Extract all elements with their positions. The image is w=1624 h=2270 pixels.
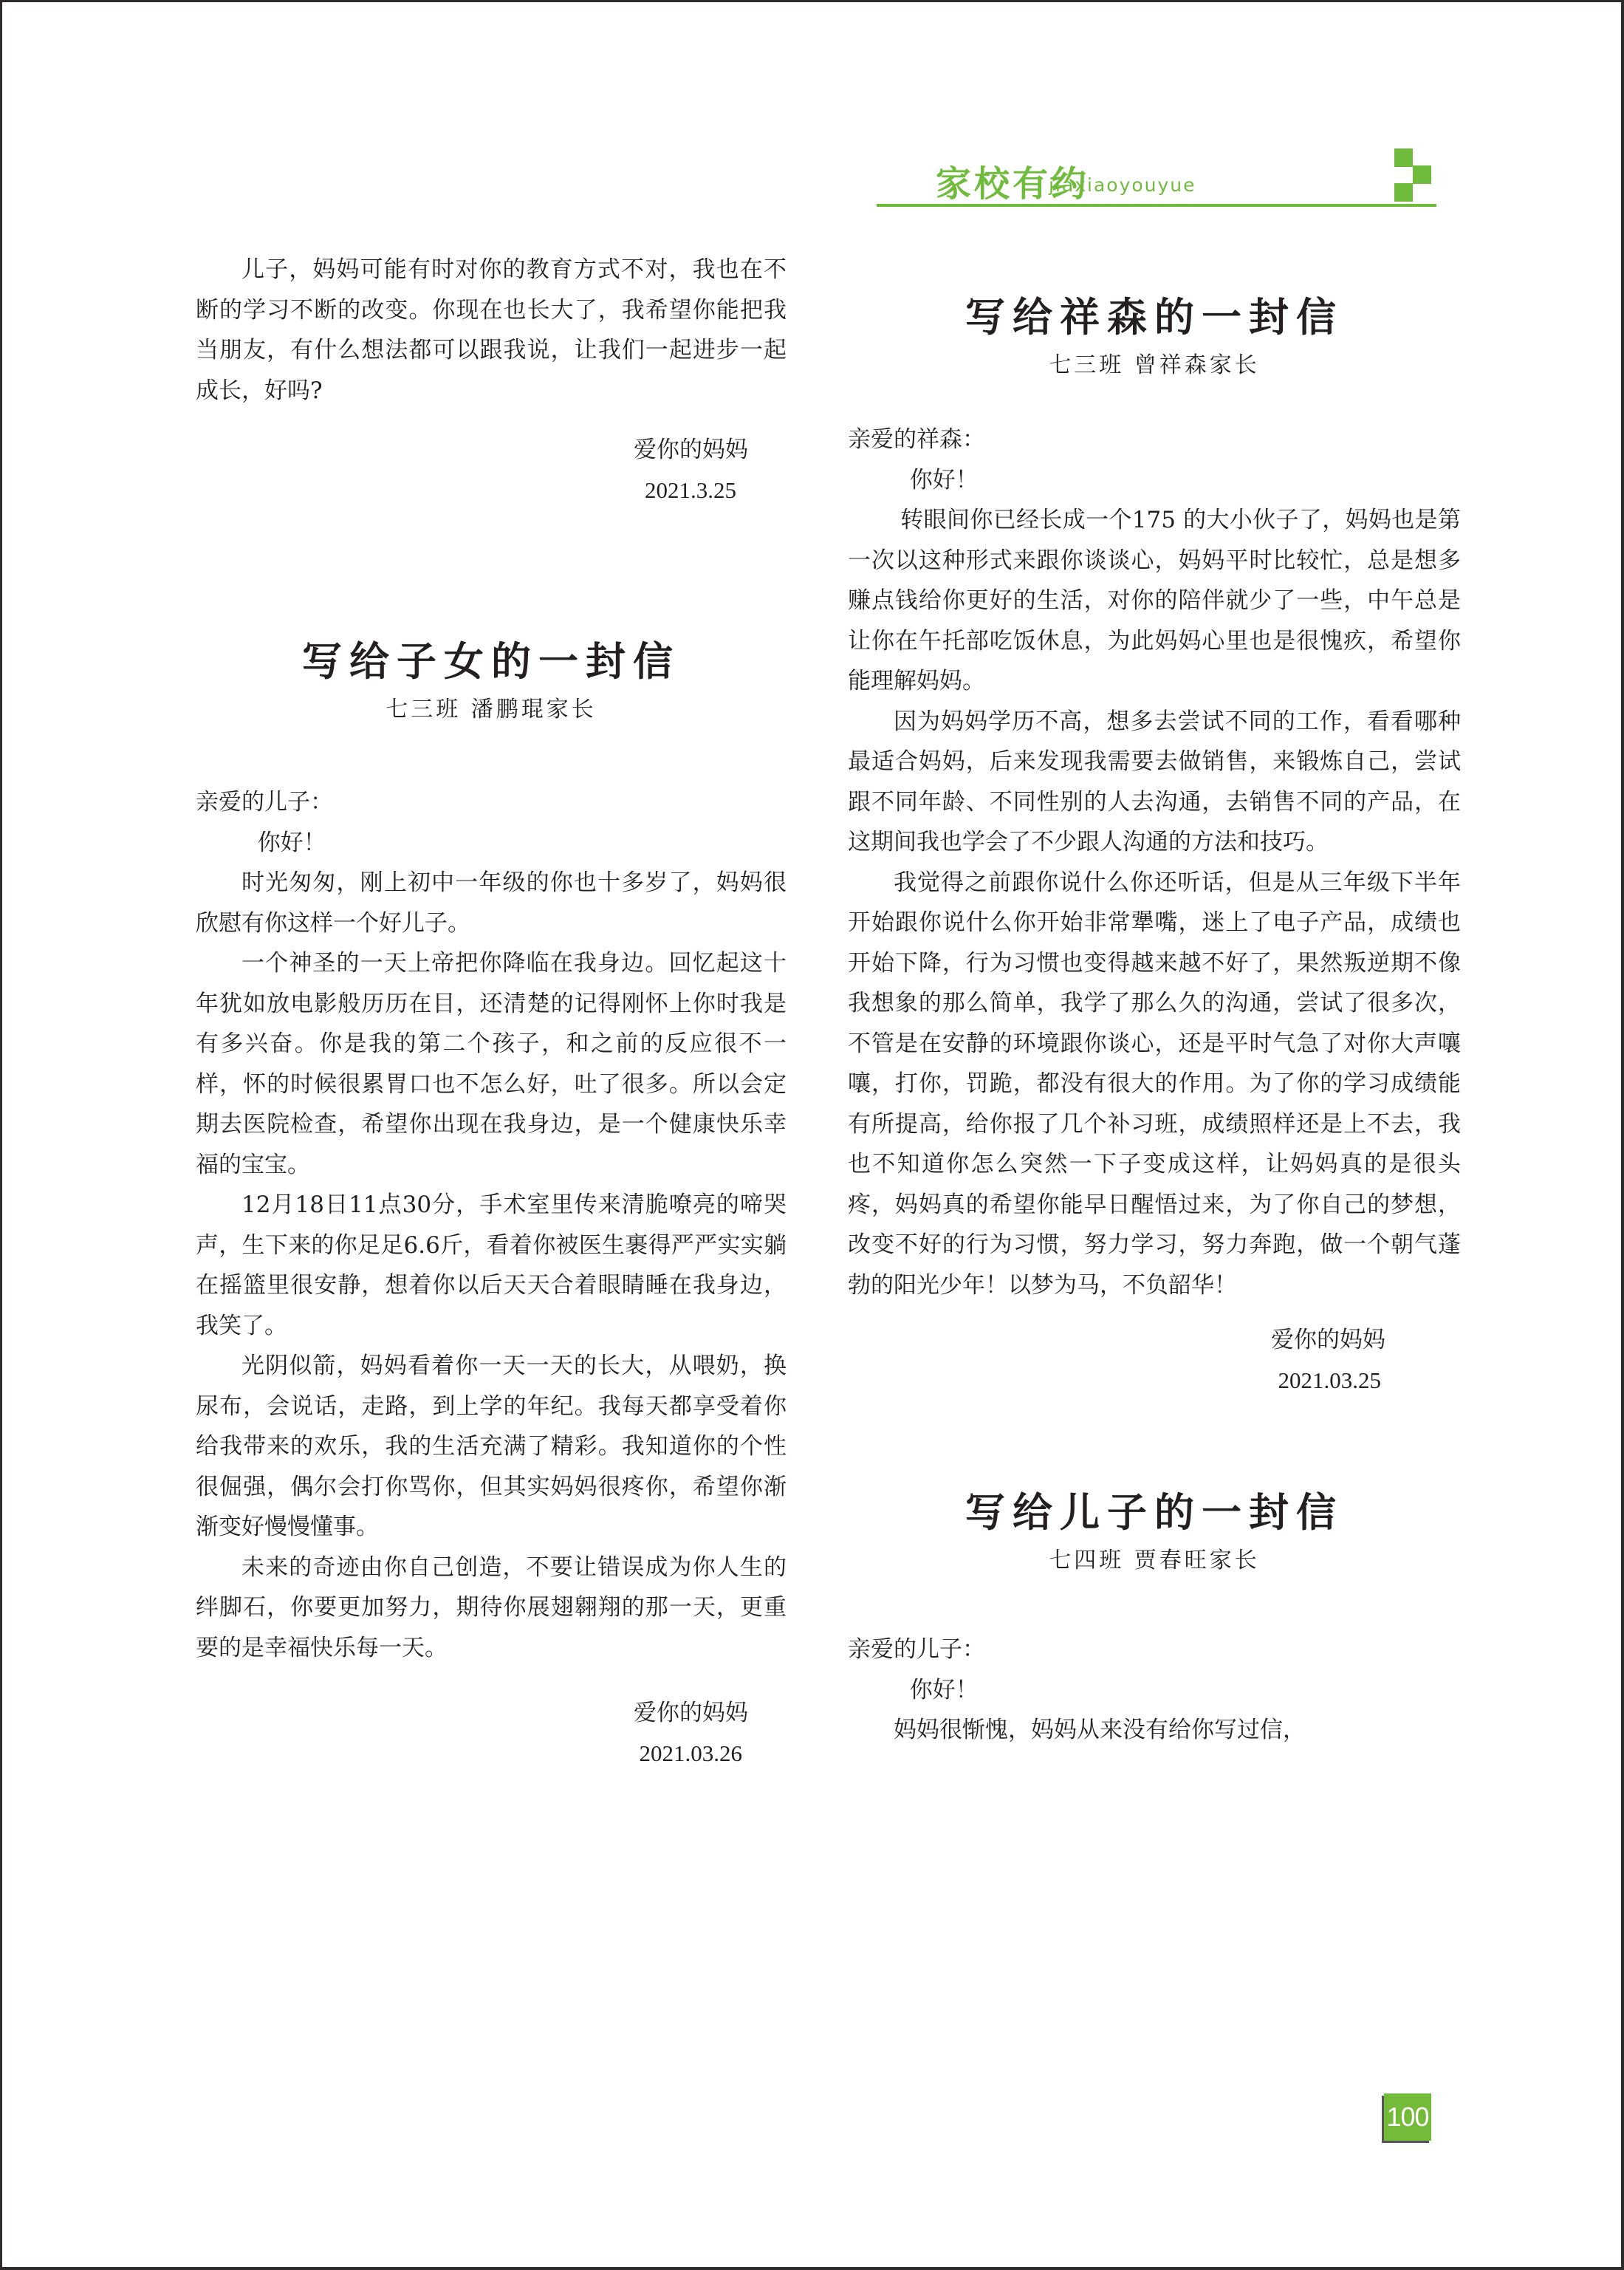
signature: 爱你的妈妈 (196, 1693, 787, 1734)
letter-title: 写给祥森的一封信 (848, 288, 1461, 347)
letter: 写给祥森的一封信 七三班 曾祥森家长 亲爱的祥森： 你好！ 转眼间你已经长成一个… (848, 288, 1461, 1401)
paragraph: 时光匆匆，刚上初中一年级的你也十多岁了，妈妈很欣慰有你这样一个好儿子。 (196, 863, 787, 943)
letter-author: 七四班 贾春旺家长 (848, 1542, 1461, 1579)
right-column: 写给祥森的一封信 七三班 曾祥森家长 亲爱的祥森： 你好！ 转眼间你已经长成一个… (848, 288, 1461, 1751)
greeting: 你好！ (196, 823, 787, 864)
page-number-badge: 100 (1384, 2093, 1431, 2141)
paragraph: 12月18日11点30分，手术室里传来清脆嘹亮的啼哭声，生下来的你足足6.6斤，… (196, 1185, 787, 1346)
date: 2021.3.25 (196, 471, 787, 511)
paragraph: 转眼间你已经长成一个175 的大小伙子了，妈妈也是第一次以这种形式来跟你谈谈心，… (848, 500, 1461, 702)
signature-block: 爱你的妈妈 2021.03.26 (196, 1693, 787, 1774)
greeting: 你好！ (848, 460, 1461, 501)
signature-block: 爱你的妈妈 2021.03.25 (848, 1320, 1461, 1401)
letter-author: 七三班 曾祥森家长 (848, 347, 1461, 384)
section-subtitle: jiaxiaoyouyue (1049, 174, 1196, 196)
signature: 爱你的妈妈 (848, 1320, 1461, 1361)
paragraph: 妈妈很惭愧，妈妈从来没有给你写过信， (848, 1710, 1461, 1751)
header-rule (877, 204, 1436, 207)
paragraph: 未来的奇迹由你自己创造，不要让错误成为你人生的绊脚石，你要更加努力，期待你展翅翱… (196, 1548, 787, 1669)
date: 2021.03.25 (848, 1361, 1461, 1401)
signature: 爱你的妈妈 (196, 430, 787, 471)
letter-title: 写给子女的一封信 (196, 632, 787, 691)
paragraph: 儿子，妈妈可能有时对你的教育方式不对，我也在不断的学习不断的改变。你现在也长大了… (196, 250, 787, 411)
salutation: 亲爱的儿子： (196, 782, 787, 823)
left-column: 儿子，妈妈可能有时对你的教育方式不对，我也在不断的学习不断的改变。你现在也长大了… (196, 250, 787, 1774)
salutation: 亲爱的儿子： (848, 1630, 1461, 1670)
paragraph: 一个神圣的一天上帝把你降临在我身边。回忆起这十年犹如放电影般历历在目，还清楚的记… (196, 943, 787, 1185)
section-header: 家校有约 jiaxiaoyouyue (879, 140, 1440, 207)
paragraph: 光阴似箭，妈妈看着你一天一天的长大，从喂奶，换尿布，会说话，走路，到上学的年纪。… (196, 1346, 787, 1548)
letter: 写给儿子的一封信 七四班 贾春旺家长 亲爱的儿子： 你好！ 妈妈很惭愧，妈妈从来… (848, 1483, 1461, 1751)
letter-author: 七三班 潘鹏琨家长 (196, 691, 787, 728)
letter: 写给子女的一封信 七三班 潘鹏琨家长 亲爱的儿子： 你好！ 时光匆匆，刚上初中一… (196, 632, 787, 1774)
paragraph: 我觉得之前跟你说什么你还听话，但是从三年级下半年开始跟你说什么你开始非常犟嘴，迷… (848, 863, 1461, 1306)
signature-block: 爱你的妈妈 2021.3.25 (196, 430, 787, 510)
date: 2021.03.26 (196, 1734, 787, 1774)
continued-letter: 儿子，妈妈可能有时对你的教育方式不对，我也在不断的学习不断的改变。你现在也长大了… (196, 250, 787, 510)
letter-title: 写给儿子的一封信 (848, 1483, 1461, 1542)
greeting: 你好！ (848, 1670, 1461, 1711)
paragraph: 因为妈妈学历不高，想多去尝试不同的工作，看看哪种最适合妈妈，后来发现我需要去做销… (848, 702, 1461, 863)
salutation: 亲爱的祥森： (848, 420, 1461, 460)
